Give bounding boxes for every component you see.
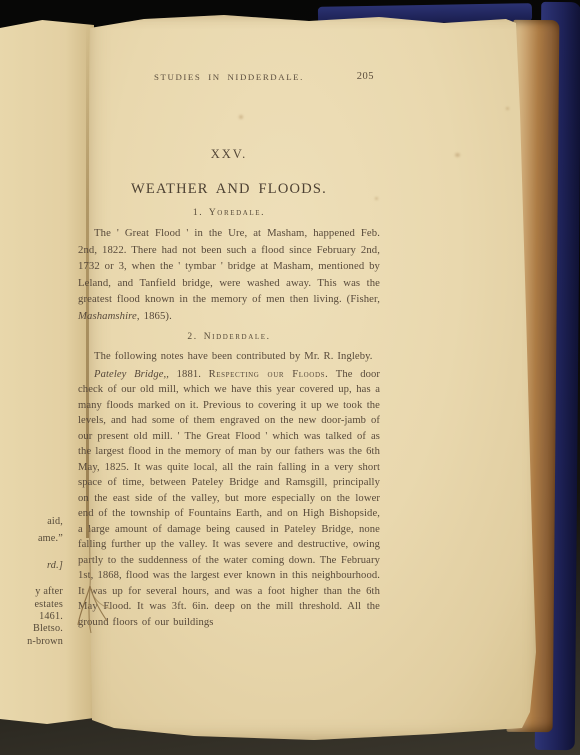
paragraph: The ' Great Flood ' in the Ure, at Masha… bbox=[78, 225, 380, 324]
fragment-line: n-brown bbox=[0, 636, 63, 648]
foxing-spot bbox=[455, 153, 460, 157]
fragment-line: ame.” bbox=[0, 533, 63, 545]
foxing-spot bbox=[506, 107, 509, 110]
chapter-title: WEATHER AND FLOODS. bbox=[78, 181, 380, 198]
page-header: STUDIES IN NIDDERDALE. 205 bbox=[78, 72, 380, 86]
section-heading: 1. Yoredale. bbox=[78, 208, 380, 218]
paragraph: The following notes have been contribute… bbox=[78, 349, 380, 365]
fragment-line: Bletso. bbox=[0, 623, 63, 635]
binding-thread bbox=[76, 528, 136, 640]
fragment-line: aid, bbox=[0, 516, 63, 528]
page-number: 205 bbox=[357, 71, 374, 82]
fragment-line: estates bbox=[0, 599, 63, 611]
fragment-text-column: aid,ame.”rd.]y afterestates1461.Bletso.n… bbox=[0, 516, 63, 648]
running-title: STUDIES IN NIDDERDALE. bbox=[78, 72, 380, 82]
fragment-line: 1461. bbox=[0, 611, 63, 623]
section: 1. Yoredale.The ' Great Flood ' in the U… bbox=[78, 208, 380, 324]
book-photo: aid,ame.”rd.]y afterestates1461.Bletso.n… bbox=[0, 0, 580, 755]
section-heading: 2. Nidderdale. bbox=[78, 332, 380, 342]
fragment-line: y after bbox=[0, 586, 63, 598]
foxing-spot bbox=[239, 115, 243, 119]
chapter-number: XXV. bbox=[78, 147, 380, 162]
fragment-line: rd.] bbox=[0, 560, 63, 572]
